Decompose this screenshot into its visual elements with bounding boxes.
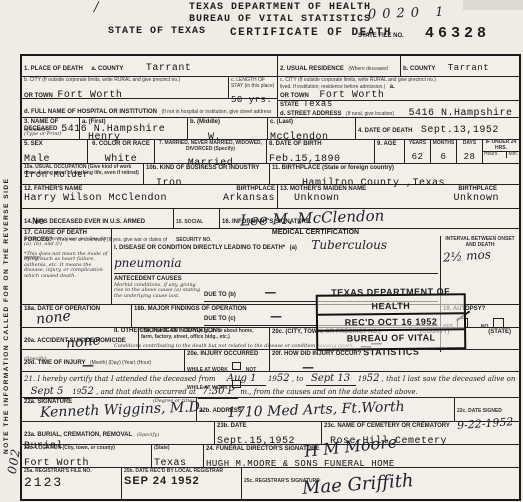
age-min-label: Min.: [506, 152, 518, 158]
hospital-label: d. FULL NAME OF HOSPITAL OR INSTITUTION: [24, 109, 157, 115]
time-of-injury-value: —: [82, 358, 94, 372]
medical-certification-title: MEDICAL CERTIFICATION: [112, 229, 519, 236]
cemetery-label: 23c. NAME OF CEMETERY OR CREMATORY: [324, 423, 517, 430]
dob-value: Feb.15,1890: [269, 154, 341, 165]
residence-county-value: Tarrant: [448, 63, 489, 73]
age-months-value: 6: [441, 152, 447, 162]
county-value: Tarrant: [146, 63, 192, 74]
burial-specify-label: (Specify): [137, 432, 160, 438]
due-to-b-label: DUE TO (b): [204, 292, 236, 298]
disease-a-label: (a): [290, 245, 297, 251]
industry-label: 10b. KIND OF BUSINESS OR INDUSTRY: [146, 165, 267, 172]
received-stamp: TEXAS DEPARTMENT OF HEALTH REC'D OCT 16 …: [316, 293, 467, 351]
county-label: a. COUNTY: [91, 66, 123, 72]
age-label: 9. AGE: [377, 141, 402, 148]
death-certificate-scan: / TEXAS DEPARTMENT OF HEALTH BUREAU OF V…: [0, 0, 523, 502]
first-name-label: a. (First): [82, 119, 185, 126]
burial-date-label: 23b. DATE: [217, 423, 319, 430]
age-hours-label: Hours: [484, 152, 497, 158]
age-months-label: MONTHS: [433, 141, 455, 147]
mother-birthplace-value: Unknown: [453, 193, 499, 204]
injury-state-label: (STATE): [488, 329, 511, 348]
armed-forces-value: No: [32, 217, 45, 228]
registrar-date-label: 25b. DATE REC'D BY LOCAL REGISTRAR: [124, 469, 239, 475]
registrar-file-no: 2123: [24, 475, 119, 490]
street-label: d. STREET ADDRESS: [280, 111, 341, 117]
burial-location-label: 23d. LOCATION (City, town, or county): [24, 446, 149, 452]
usual-residence-block: 2. USUAL RESIDENCE (Where deceased lived…: [278, 56, 519, 117]
row-certify-statement: 21. I hereby certify that I attended the…: [22, 372, 519, 398]
certify-year-printed-1: 19: [268, 375, 277, 383]
row-place-residence: 1. PLACE OF DEATH a. COUNTY Tarrant b. C…: [22, 56, 519, 118]
while-at-work-checkbox: [232, 362, 241, 370]
race-value: White: [105, 154, 138, 165]
time-of-injury-columns: (Month) (Day) (Year) (Hour): [90, 360, 151, 366]
stamp-line3: BUREAU OF VITAL STATISTICS: [318, 330, 464, 360]
city-or-town-label: OR TOWN: [24, 93, 53, 99]
father-name-value: Harry Wilson McClendon: [24, 193, 167, 204]
date-of-death-label: 4. DATE OF DEATH: [358, 128, 412, 134]
disease-value: Tuberculous pneumonia: [114, 238, 387, 270]
race-label: 6. COLOR OR RACE: [90, 141, 152, 148]
registrar-date-stamp: SEP 24 1952: [124, 475, 239, 487]
certify-text-3: , that I last saw the deceased alive on: [382, 375, 516, 383]
city-label: b. CITY (If outside corporate limits, wr…: [24, 78, 226, 84]
residence-county-label: b. COUNTY: [403, 66, 435, 72]
autopsy-no-checkbox: [493, 318, 504, 328]
burial-state-label: (State): [154, 446, 201, 452]
date-of-death-value: Sept.13,1952: [421, 125, 499, 136]
certify-to-fill: Sept 13: [306, 373, 356, 386]
address-value: 1710 Med Arts, Ft.Worth: [227, 399, 405, 421]
state-file-no-label: STATE FILE NO.: [358, 33, 404, 39]
certify-year-printed-2: 19: [358, 375, 367, 383]
certify-text-1: 21. I hereby certify that I attended the…: [24, 375, 215, 383]
birthplace-label: 11. BIRTHPLACE (State or foreign country…: [272, 165, 517, 172]
disease-label: I. DISEASE OR CONDITION DIRECTLY LEADING…: [114, 245, 285, 251]
stamp-line1: TEXAS DEPARTMENT OF HEALTH: [318, 284, 464, 314]
row-personal: 5. SEX Male 6. COLOR OR RACE White 7. MA…: [22, 140, 519, 164]
injury-occurred-label: 20e. INJURY OCCURRED: [187, 351, 267, 358]
row-location-director: 23d. LOCATION (City, town, or county) Fo…: [22, 445, 519, 468]
row-occupation: 10a. USUAL OCCUPATION (Give kind of work…: [22, 164, 519, 185]
street-sublabel: (If rural, give location): [346, 111, 394, 117]
side-band: NOTE THE INFORMATION CALLED FOR ON THE R…: [0, 54, 20, 500]
registrar-signature: Mae Griffith: [301, 470, 414, 499]
occupation-value: Iron Molder: [24, 170, 89, 180]
last-name-label: c. (Last): [270, 119, 353, 126]
sex-value: Male: [24, 154, 50, 165]
certify-year-printed-3: 19: [72, 388, 81, 396]
accident-value: none: [65, 332, 101, 352]
row-physician-signature: 22a. SIGNATURE (Degree or title) Kenneth…: [22, 398, 519, 422]
state-file-no: 46328: [425, 25, 490, 42]
due-to-b-value: —: [264, 285, 276, 299]
date-of-operation-value: none: [35, 308, 71, 328]
certify-to-year: 52: [367, 373, 380, 384]
burial-label: 23a. BURIAL, CREMATION, REMOVAL: [24, 432, 132, 438]
scan-edge: [463, 0, 523, 10]
interval-value: 2½ mos: [443, 245, 518, 264]
cause-of-death-sublabel: Enter only one cause per line for (a), (…: [24, 237, 109, 248]
stamp-line2: REC'D OCT 16 1952: [318, 312, 464, 332]
residence-city-value: Fort Worth: [319, 90, 384, 101]
handwritten-code: 0020 1: [368, 5, 450, 23]
row-armed-informant: 14. WAS DECEASED EVER IN U.S. ARMED FORC…: [22, 209, 519, 229]
row-name: 3. NAME OF DECEASED (Type or Print) a. (…: [22, 118, 519, 140]
place-of-injury-label: 20b. PLACE OF INJURY (e.g., in or about …: [141, 329, 267, 340]
residence-city-or-town: OR TOWN: [280, 93, 309, 99]
mother-name-value: Unknown: [294, 193, 340, 204]
state-of-texas: STATE OF TEXAS: [108, 26, 206, 37]
pen-mark: /: [94, 0, 98, 15]
certify-text-2: , to: [292, 375, 303, 383]
middle-name-label: b. (Middle): [190, 119, 265, 126]
certify-text-4: , and that death occurred at: [96, 388, 196, 396]
length-of-stay-label: c. LENGTH OF STAY (in this place): [231, 78, 275, 89]
residence-city-label: c. CITY (If outside corporate limits, wr…: [280, 78, 517, 84]
father-birthplace-value: Arkansas: [223, 193, 275, 204]
row-registrar: 25a. REGISTRAR'S FILE NO. 2123 25b. DATE…: [22, 468, 519, 499]
dob-label: 8. DATE OF BIRTH: [269, 141, 372, 148]
informant-signature: Lee M. McClendon: [240, 206, 385, 229]
marital-label: 7. MARRIED, NEVER MARRIED, WIDOWED, DIVO…: [157, 141, 264, 152]
row-burial: 23a. BURIAL, CREMATION, REMOVAL (Specify…: [22, 422, 519, 445]
residence-label: 2. USUAL RESIDENCE: [280, 66, 344, 72]
date-signed-label: 22c. DATE SIGNED: [457, 408, 502, 414]
age-years-value: 62: [412, 152, 424, 162]
certify-from-fill: Aug 1: [218, 373, 266, 386]
time-of-injury-label: 20d. TIME OF INJURY: [24, 360, 85, 366]
cause-of-death-note: *This does not mean the mode of dying, s…: [24, 252, 109, 280]
certificate-form: 1. PLACE OF DEATH a. COUNTY Tarrant b. C…: [20, 54, 521, 501]
age-years-label: YEARS: [409, 141, 426, 147]
name-sublabel: (Type or Print): [24, 132, 77, 138]
age-days-label: DAYS: [463, 141, 476, 147]
certify-alive-year: 52: [81, 386, 94, 397]
certify-from-year: 52: [277, 373, 290, 384]
burial-location-city: Fort Worth: [24, 458, 89, 469]
reverse-side-note: NOTE THE INFORMATION CALLED FOR ON THE R…: [3, 54, 10, 454]
burial-state-value: Texas: [154, 458, 187, 469]
place-of-death-block: 1. PLACE OF DEATH a. COUNTY Tarrant b. C…: [22, 56, 278, 117]
sex-label: 5. SEX: [24, 141, 85, 148]
place-of-death-label: 1. PLACE OF DEATH: [24, 66, 83, 72]
age-days-value: 28: [464, 152, 476, 162]
row-parents: 12. FATHER'S NAME BIRTHPLACE Harry Wilso…: [22, 185, 519, 209]
funeral-home-name: HUGH M.MOORE & SONS FUNERAL HOME: [206, 459, 395, 469]
certify-text-5: m., from the causes and on the date stat…: [240, 388, 417, 396]
